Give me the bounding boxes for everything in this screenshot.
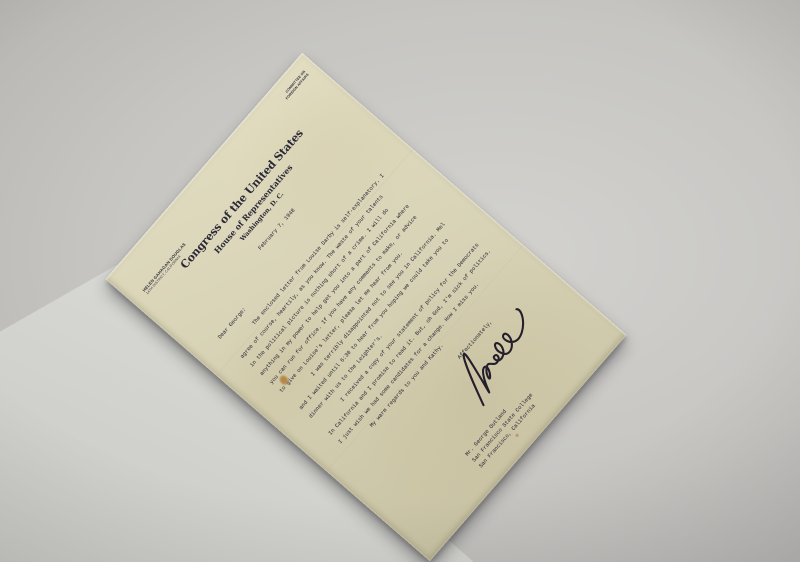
photo-scene: HELEN GAHAGAN DOUGLAS 14TH DISTRICT, CAL… <box>0 0 800 562</box>
stain-small <box>514 432 520 438</box>
letterhead-committee-block: COMMITTEE ON FOREIGN AFFAIRS <box>282 70 311 101</box>
